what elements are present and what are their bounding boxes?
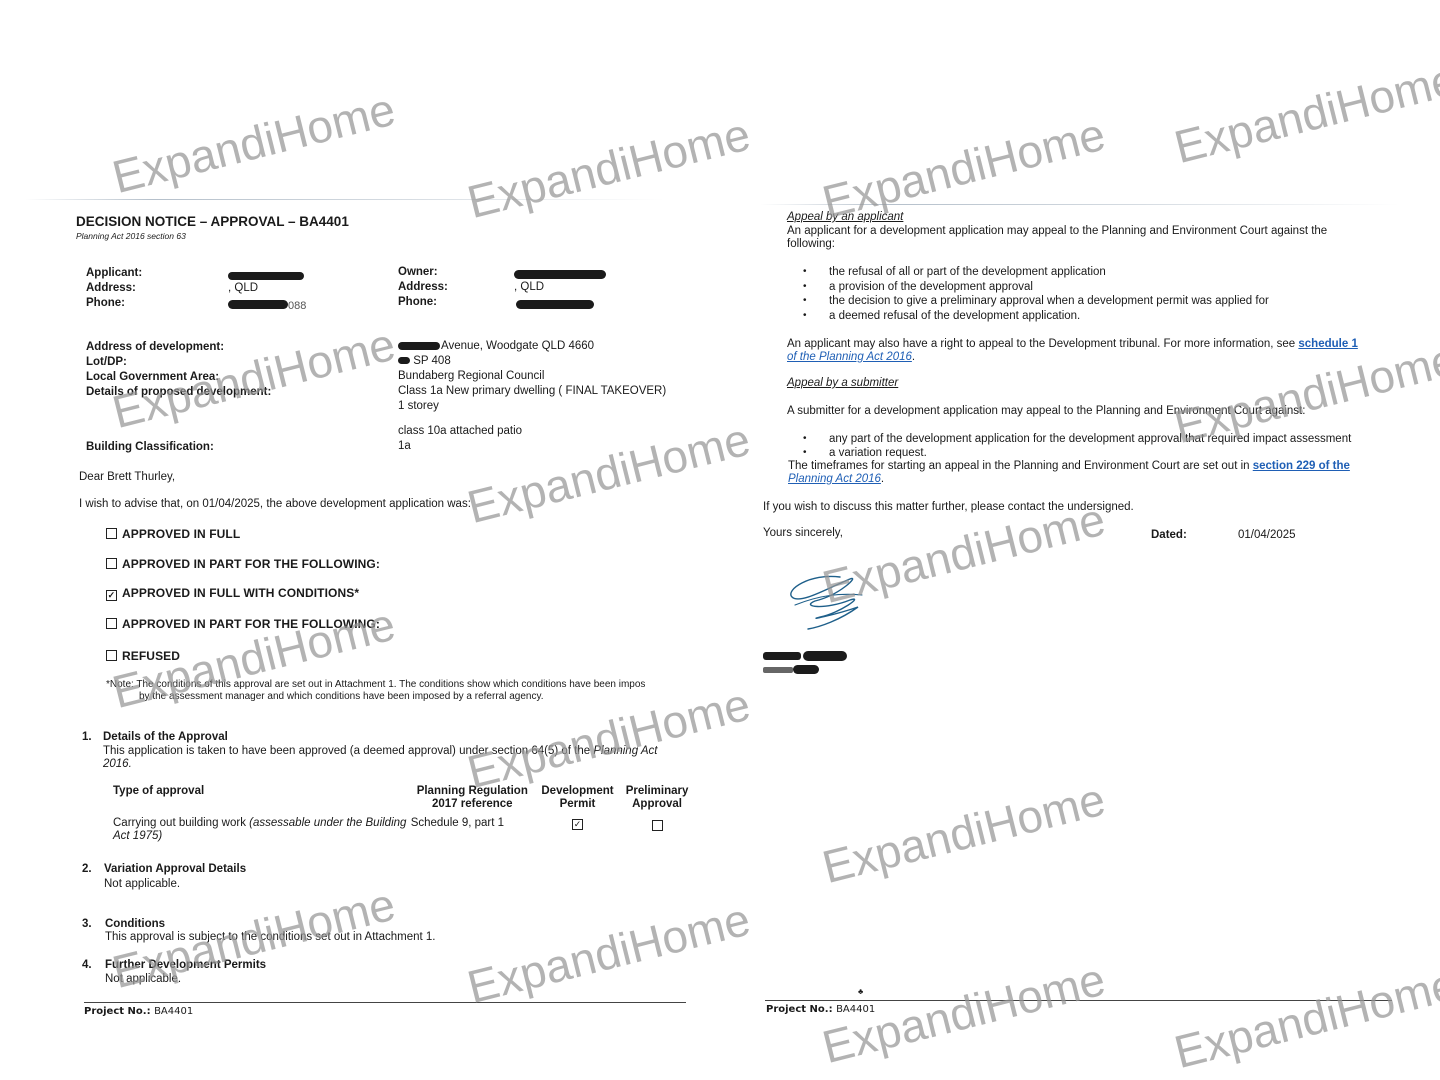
checkbox-checked-icon: ✓ — [106, 590, 117, 601]
option-approved-conditions: ✓APPROVED IN FULL WITH CONDITIONS* — [106, 586, 359, 601]
watermark: ExpandiHome — [817, 772, 1110, 894]
address-text: Avenue, Woodgate QLD 4660 — [441, 340, 594, 352]
option-refused: REFUSED — [106, 649, 180, 663]
timeframes-text: The timeframes for starting an appeal in… — [788, 460, 1253, 472]
section-4-number: 4. — [82, 958, 92, 972]
scan-edge — [25, 199, 665, 200]
redacted-applicant-phone: 088 — [228, 296, 306, 314]
watermark: ExpandiHome — [462, 107, 755, 229]
option-approved-full: APPROVED IN FULL — [106, 527, 240, 541]
scan-edge — [760, 204, 1400, 205]
section-3-body: This approval is subject to the conditio… — [105, 930, 436, 944]
watermark: ExpandiHome — [1169, 52, 1440, 174]
lot-dp-value: SP 408 — [398, 354, 666, 369]
owner-address: , QLD — [514, 280, 544, 294]
checkbox-icon — [652, 820, 663, 831]
watermark: ExpandiHome — [462, 892, 755, 1014]
list-item: a provision of the development approval — [787, 280, 1269, 295]
tribunal-paragraph: An applicant may also have a right to ap… — [787, 338, 1358, 364]
section-1-text: This application is taken to have been a… — [103, 745, 593, 757]
section-1-body-2: 2016. — [103, 757, 132, 771]
watermark: ExpandiHome — [107, 82, 400, 204]
option-label: APPROVED IN FULL WITH CONDITIONS* — [122, 586, 359, 600]
development-labels: Address of development: Lot/DP: Local Go… — [86, 340, 271, 400]
col-reference: Planning Regulation 2017 reference — [411, 785, 534, 811]
section-1-number: 1. — [82, 730, 92, 744]
footer-rule — [84, 1002, 686, 1003]
phone-suffix: 088 — [288, 300, 306, 312]
conditions-note: *Note: The conditions of this approval a… — [106, 679, 686, 703]
section-229-link[interactable]: section 229 of the — [1253, 460, 1350, 472]
footer-rule — [765, 1000, 1392, 1001]
cell-reference: Schedule 9, part 1 — [411, 817, 534, 843]
classification-label: Building Classification: — [86, 440, 214, 454]
classification-value: 1a — [398, 439, 666, 454]
approval-table: Type of approval Planning Regulation 201… — [113, 785, 693, 843]
applicant-bullet-list: the refusal of all or part of the develo… — [787, 265, 1269, 323]
project-no-value: BA4401 — [836, 1004, 875, 1015]
address-label: Address: — [86, 281, 136, 295]
dated-label: Dated: — [1151, 528, 1187, 542]
lga-label: Local Government Area: — [86, 370, 271, 385]
option-approved-part-2: APPROVED IN PART FOR THE FOLLOWING: — [106, 617, 380, 631]
watermark: ExpandiHome — [1169, 957, 1440, 1079]
tribunal-text: An applicant may also have a right to ap… — [787, 338, 1298, 350]
note-line-1: *Note: The conditions of this approval a… — [106, 679, 686, 691]
section-3-number: 3. — [82, 917, 92, 931]
col-development-permit: Development Permit — [534, 785, 621, 811]
details-label: Details of proposed development: — [86, 385, 271, 400]
appeal-applicant-heading: Appeal by an applicant — [787, 210, 903, 224]
list-item: a variation request. — [787, 446, 1351, 460]
applicant-label: Applicant: — [86, 266, 142, 280]
option-label: APPROVED IN PART FOR THE FOLLOWING: — [122, 557, 380, 571]
cell-type: Carrying out building work (assessable u… — [113, 817, 411, 843]
salutation: Dear Brett Thurley, — [79, 470, 175, 484]
checkbox-icon — [106, 650, 117, 661]
section-4-body: Not applicable. — [105, 972, 181, 986]
list-item: the decision to give a preliminary appro… — [787, 294, 1269, 309]
intro-line-2: following: — [787, 238, 1327, 251]
closing: Yours sincerely, — [763, 526, 843, 540]
list-item: the refusal of all or part of the develo… — [787, 265, 1269, 280]
scan-speck: ♣ — [858, 987, 863, 996]
page-1-footer: Project No.: BA4401 — [84, 1006, 193, 1017]
checkbox-icon — [106, 618, 117, 629]
redacted-signatory-title — [763, 661, 819, 679]
address-of-development-label: Address of development: — [86, 340, 271, 355]
signature-icon — [780, 565, 890, 635]
section-2-body: Not applicable. — [104, 877, 180, 891]
link-part: Planning Act 2016 — [819, 351, 912, 363]
table-row: Carrying out building work (assessable u… — [113, 817, 693, 843]
section-2-number: 2. — [82, 862, 92, 876]
owner-label: Owner: — [398, 265, 438, 279]
details-storey: 1 storey — [398, 399, 666, 414]
page-title: DECISION NOTICE – APPROVAL – BA4401 — [76, 214, 349, 229]
details-patio: class 10a attached patio — [398, 424, 666, 439]
appeal-submitter-heading: Appeal by a submitter — [787, 376, 898, 390]
section-1-italic: Planning Act — [593, 745, 657, 757]
submitter-bullet-list: any part of the development application … — [787, 432, 1351, 460]
owner-phone-label: Phone: — [398, 295, 437, 309]
page-2-footer: Project No.: BA4401 — [766, 1004, 875, 1015]
col-preliminary-approval: Preliminary Approval — [621, 785, 693, 811]
checkbox-icon — [106, 558, 117, 569]
cell-development-permit: ✓ — [534, 817, 621, 843]
section-1-body: This application is taken to have been a… — [103, 744, 683, 758]
cell-preliminary-approval — [621, 817, 693, 843]
link-part: of the — [787, 351, 819, 363]
section-1-heading: Details of the Approval — [103, 730, 228, 744]
type-text: Carrying out building work — [113, 817, 249, 829]
details-value: Class 1a New primary dwelling ( FINAL TA… — [398, 384, 666, 399]
project-no-label: Project No.: — [766, 1004, 833, 1015]
appeal-applicant-intro: An applicant for a development applicati… — [787, 225, 1327, 251]
phone-label: Phone: — [86, 296, 125, 310]
planning-act-link-2[interactable]: Planning Act 2016 — [788, 473, 881, 485]
redacted-owner-phone — [516, 296, 594, 314]
section-3-heading: Conditions — [105, 917, 165, 931]
dated-value: 01/04/2025 — [1238, 528, 1296, 542]
option-label: APPROVED IN PART FOR THE FOLLOWING: — [122, 617, 380, 631]
option-approved-part: APPROVED IN PART FOR THE FOLLOWING: — [106, 557, 380, 571]
development-values: Avenue, Woodgate QLD 4660 SP 408 Bundabe… — [398, 339, 666, 454]
lot-dp-label: Lot/DP: — [86, 355, 271, 370]
project-no-value: BA4401 — [154, 1006, 193, 1017]
list-item: any part of the development application … — [787, 432, 1351, 446]
schedule-1-link[interactable]: schedule 1 — [1298, 338, 1357, 350]
col-type: Type of approval — [113, 785, 411, 811]
intro-text: I wish to advise that, on 01/04/2025, th… — [79, 497, 471, 511]
checkbox-checked-icon: ✓ — [572, 819, 583, 830]
applicant-address: , QLD — [228, 281, 258, 295]
option-label: REFUSED — [122, 649, 180, 663]
checkbox-icon — [106, 528, 117, 539]
page-subtitle: Planning Act 2016 section 63 — [76, 231, 186, 241]
owner-address-label: Address: — [398, 280, 448, 294]
submitter-intro: A submitter for a development applicatio… — [787, 404, 1305, 418]
lot-dp-text: SP 408 — [413, 355, 451, 367]
note-line-2: by the assessment manager and which cond… — [106, 691, 686, 703]
planning-act-link[interactable]: of the Planning Act 2016 — [787, 351, 912, 363]
section-4-heading: Further Development Permits — [105, 958, 266, 972]
address-of-development-value: Avenue, Woodgate QLD 4660 — [398, 339, 666, 354]
table-header-row: Type of approval Planning Regulation 201… — [113, 785, 693, 811]
option-label: APPROVED IN FULL — [122, 527, 240, 541]
intro-line-1: An applicant for a development applicati… — [787, 225, 1327, 238]
discuss-text: If you wish to discuss this matter furth… — [763, 500, 1134, 514]
lga-value: Bundaberg Regional Council — [398, 369, 666, 384]
project-no-label: Project No.: — [84, 1006, 151, 1017]
section-2-heading: Variation Approval Details — [104, 862, 246, 876]
list-item: a deemed refusal of the development appl… — [787, 309, 1269, 324]
timeframes-paragraph: The timeframes for starting an appeal in… — [788, 460, 1350, 486]
